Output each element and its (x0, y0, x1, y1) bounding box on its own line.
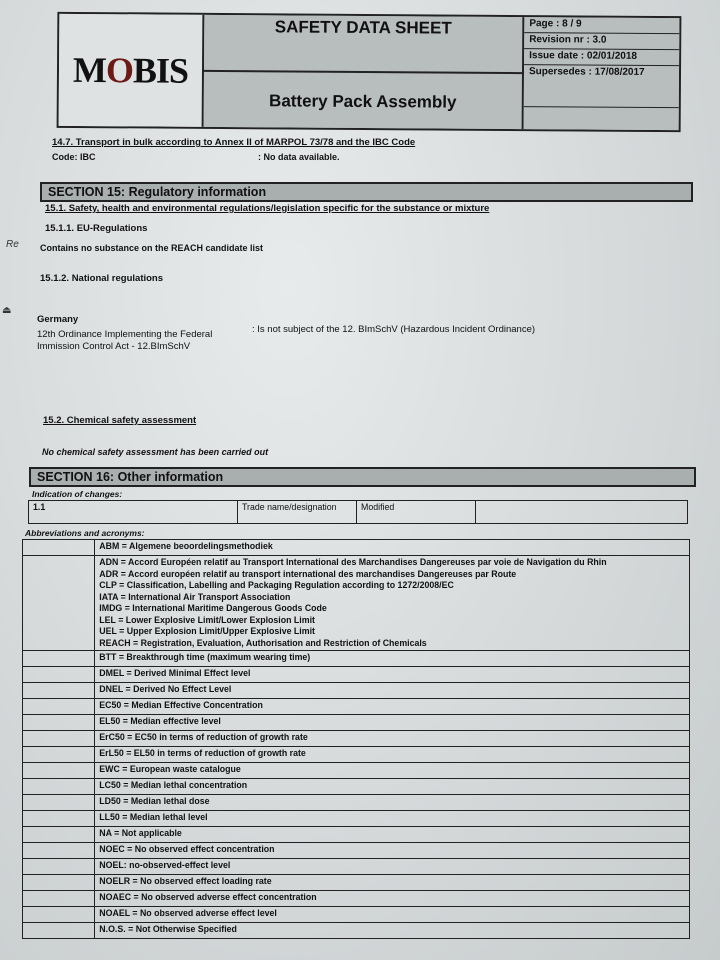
table-row: NOELR = No observed effect loading rate (23, 875, 690, 891)
abbr-cell: ErL50 = EL50 in terms of reduction of gr… (95, 747, 690, 763)
abbr-cell: LL50 = Median lethal level (95, 811, 690, 827)
revision-number: Revision nr : 3.0 (524, 33, 679, 50)
ordinance-label-line2: Immission Control Act - 12.BImSchV (37, 341, 190, 352)
reach-text: Contains no substance on the REACH candi… (40, 243, 263, 253)
abbr-entry: CLP = Classification, Labelling and Pack… (99, 580, 685, 592)
abbr-entry: IMDG = International Maritime Dangerous … (99, 603, 685, 615)
change-type: Modified (357, 501, 476, 524)
abbr-cell: ErC50 = EC50 in terms of reduction of gr… (95, 731, 690, 747)
table-row: ABM = Algemene beoordelingsmethodiek (23, 540, 690, 556)
changes-label: Indication of changes: (32, 489, 122, 499)
table-row: NOAEL = No observed adverse effect level (23, 907, 690, 923)
abbr-cell: LC50 = Median lethal concentration (95, 779, 690, 795)
table-row: LD50 = Median lethal dose (23, 795, 690, 811)
supersedes-date: Supersedes : 17/08/2017 (524, 65, 679, 108)
national-regulation-icon: ⏏ (2, 305, 22, 325)
table-row: LL50 = Median lethal level (23, 811, 690, 827)
section-16-title: SECTION 16: Other information (29, 467, 696, 487)
product-name: Battery Pack Assembly (204, 70, 522, 129)
section-15-title: SECTION 15: Regulatory information (40, 182, 693, 202)
abbr-cell: BTT = Breakthrough time (maximum wearing… (95, 651, 690, 667)
abbr-cell: DNEL = Derived No Effect Level (95, 683, 690, 699)
table-row: BTT = Breakthrough time (maximum wearing… (23, 651, 690, 667)
abbreviations-table: ABM = Algemene beoordelingsmethodiek ADN… (22, 539, 690, 939)
ordinance-value: : Is not subject of the 12. BImSchV (Haz… (252, 324, 535, 335)
heading-14-7: 14.7. Transport in bulk according to Ann… (52, 137, 415, 148)
abbr-cell: ABM = Algemene beoordelingsmethodiek (95, 540, 690, 556)
table-row: ErC50 = EC50 in terms of reduction of gr… (23, 731, 690, 747)
abbr-entry: ADN = Accord Européen relatif au Transpo… (99, 557, 685, 569)
issue-date: Issue date : 02/01/2018 (524, 49, 679, 66)
abbr-cell: NOEL: no-observed-effect level (95, 859, 690, 875)
table-row: 1.1 Trade name/designation Modified (29, 501, 688, 524)
table-row: ErL50 = EL50 in terms of reduction of gr… (23, 747, 690, 763)
table-row: NA = Not applicable (23, 827, 690, 843)
table-row: DMEL = Derived Minimal Effect level (23, 667, 690, 683)
document-header: MOBIS SAFETY DATA SHEET Battery Pack Ass… (57, 12, 682, 132)
table-row: DNEL = Derived No Effect Level (23, 683, 690, 699)
abbr-cell: NOELR = No observed effect loading rate (95, 875, 690, 891)
heading-15-1-2: 15.1.2. National regulations (40, 273, 163, 284)
abbr-cell: DMEL = Derived Minimal Effect level (95, 667, 690, 683)
heading-15-1-1: 15.1.1. EU-Regulations (45, 223, 147, 234)
abbreviations-label: Abbreviations and acronyms: (25, 528, 145, 538)
abbr-cell: NOEC = No observed effect concentration (95, 843, 690, 859)
chemical-safety-text: No chemical safety assessment has been c… (42, 447, 268, 457)
abbr-cell: EWC = European waste catalogue (95, 763, 690, 779)
abbr-cell: N.O.S. = Not Otherwise Specified (95, 923, 690, 939)
mobis-logo: MOBIS (59, 14, 205, 127)
table-row: LC50 = Median lethal concentration (23, 779, 690, 795)
code-value: : No data available. (258, 152, 340, 162)
document-type: SAFETY DATA SHEET (204, 15, 522, 72)
abbr-cell: NOAEC = No observed adverse effect conce… (95, 891, 690, 907)
abbr-cell: EL50 = Median effective level (95, 715, 690, 731)
reach-icon: Re (6, 239, 26, 259)
country-label: Germany (37, 314, 78, 325)
code-label: Code: IBC (52, 152, 96, 162)
abbr-cell: NOAEL = No observed adverse effect level (95, 907, 690, 923)
table-row: NOEC = No observed effect concentration (23, 843, 690, 859)
page-number: Page : 8 / 9 (524, 17, 679, 34)
table-row: NOAEC = No observed adverse effect conce… (23, 891, 690, 907)
table-row: ADN = Accord Européen relatif au Transpo… (23, 556, 690, 651)
abbr-cell: LD50 = Median lethal dose (95, 795, 690, 811)
table-row: EC50 = Median Effective Concentration (23, 699, 690, 715)
table-row: EWC = European waste catalogue (23, 763, 690, 779)
change-section: 1.1 (29, 501, 238, 524)
table-row: EL50 = Median effective level (23, 715, 690, 731)
change-item: Trade name/designation (238, 501, 357, 524)
table-row: NOEL: no-observed-effect level (23, 859, 690, 875)
abbr-cell: NA = Not applicable (95, 827, 690, 843)
abbr-entry: LEL = Lower Explosive Limit/Lower Explos… (99, 615, 685, 627)
abbr-cell: EC50 = Median Effective Concentration (95, 699, 690, 715)
abbr-entry: REACH = Registration, Evaluation, Author… (99, 638, 685, 650)
table-row: N.O.S. = Not Otherwise Specified (23, 923, 690, 939)
change-extra (476, 501, 688, 524)
abbr-entry: IATA = International Air Transport Assoc… (99, 592, 685, 604)
abbr-group-cell: ADN = Accord Européen relatif au Transpo… (95, 556, 690, 651)
abbr-entry: UEL = Upper Explosion Limit/Upper Explos… (99, 626, 685, 638)
ordinance-label-line1: 12th Ordinance Implementing the Federal (37, 329, 212, 340)
safety-data-sheet-page: MOBIS SAFETY DATA SHEET Battery Pack Ass… (0, 0, 720, 960)
abbr-entry: ADR = Accord européen relatif au transpo… (99, 569, 685, 581)
heading-15-1: 15.1. Safety, health and environmental r… (45, 203, 489, 214)
changes-table: 1.1 Trade name/designation Modified (28, 500, 688, 524)
heading-15-2: 15.2. Chemical safety assessment (43, 415, 196, 426)
header-empty-cell (524, 107, 679, 130)
